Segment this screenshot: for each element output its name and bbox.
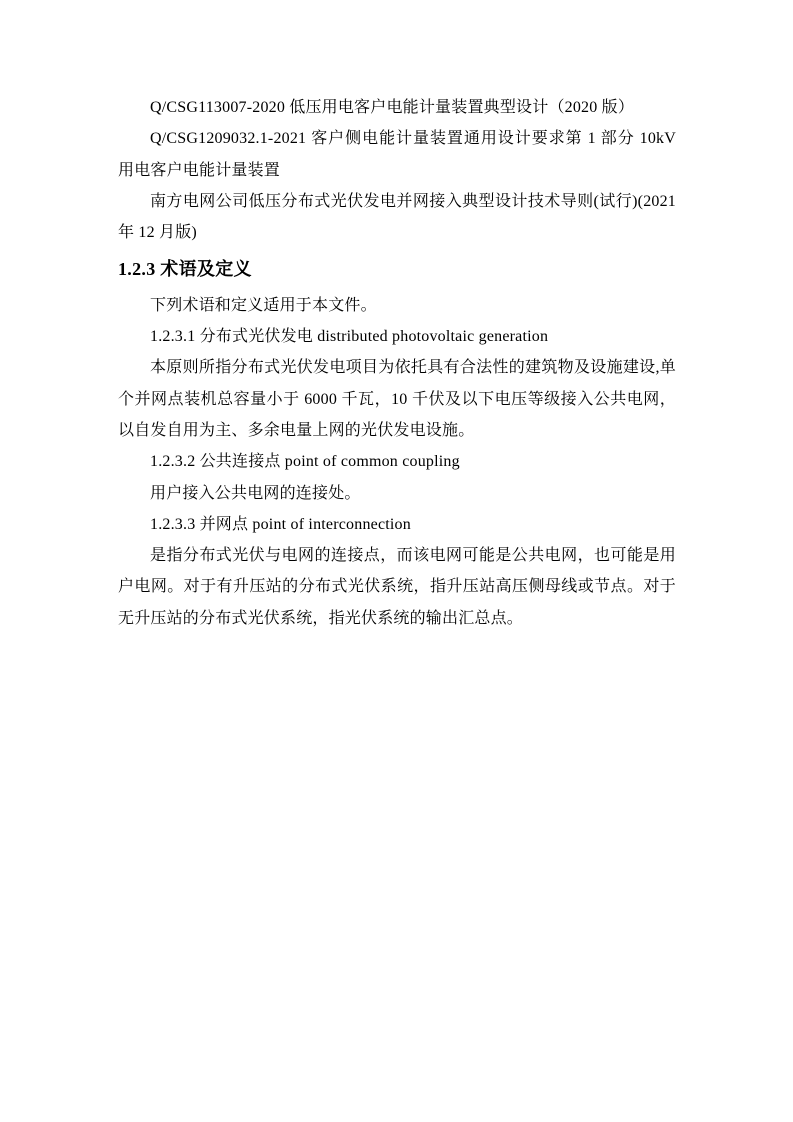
- paragraph-term-3-definition: 是指分布式光伏与电网的连接点，而该电网可能是公共电网，也可能是用户电网。对于有升…: [118, 540, 676, 634]
- paragraph-standard-ref-2: Q/CSG1209032.1-2021 客户侧电能计量装置通用设计要求第 1 部…: [118, 123, 676, 186]
- paragraph-term-1-definition: 本原则所指分布式光伏发电项目为依托具有合法性的建筑物及设施建设,单个并网点装机总…: [118, 352, 676, 446]
- section-heading-terms: 1.2.3 术语及定义: [118, 254, 676, 285]
- paragraph-term-2-title: 1.2.3.2 公共连接点 point of common coupling: [118, 446, 676, 477]
- paragraph-term-3-title: 1.2.3.3 并网点 point of interconnection: [118, 509, 676, 540]
- paragraph-standard-ref-1: Q/CSG113007-2020 低压用电客户电能计量装置典型设计（2020 版…: [118, 92, 676, 123]
- paragraph-terms-intro: 下列术语和定义适用于本文件。: [118, 290, 676, 321]
- paragraph-standard-ref-3: 南方电网公司低压分布式光伏发电并网接入典型设计技术导则(试行)(2021 年 1…: [118, 186, 676, 249]
- paragraph-term-1-title: 1.2.3.1 分布式光伏发电 distributed photovoltaic…: [118, 321, 676, 352]
- document-body: Q/CSG113007-2020 低压用电客户电能计量装置典型设计（2020 版…: [118, 92, 676, 634]
- document-page: Q/CSG113007-2020 低压用电客户电能计量装置典型设计（2020 版…: [0, 0, 793, 1122]
- paragraph-term-2-definition: 用户接入公共电网的连接处。: [118, 478, 676, 509]
